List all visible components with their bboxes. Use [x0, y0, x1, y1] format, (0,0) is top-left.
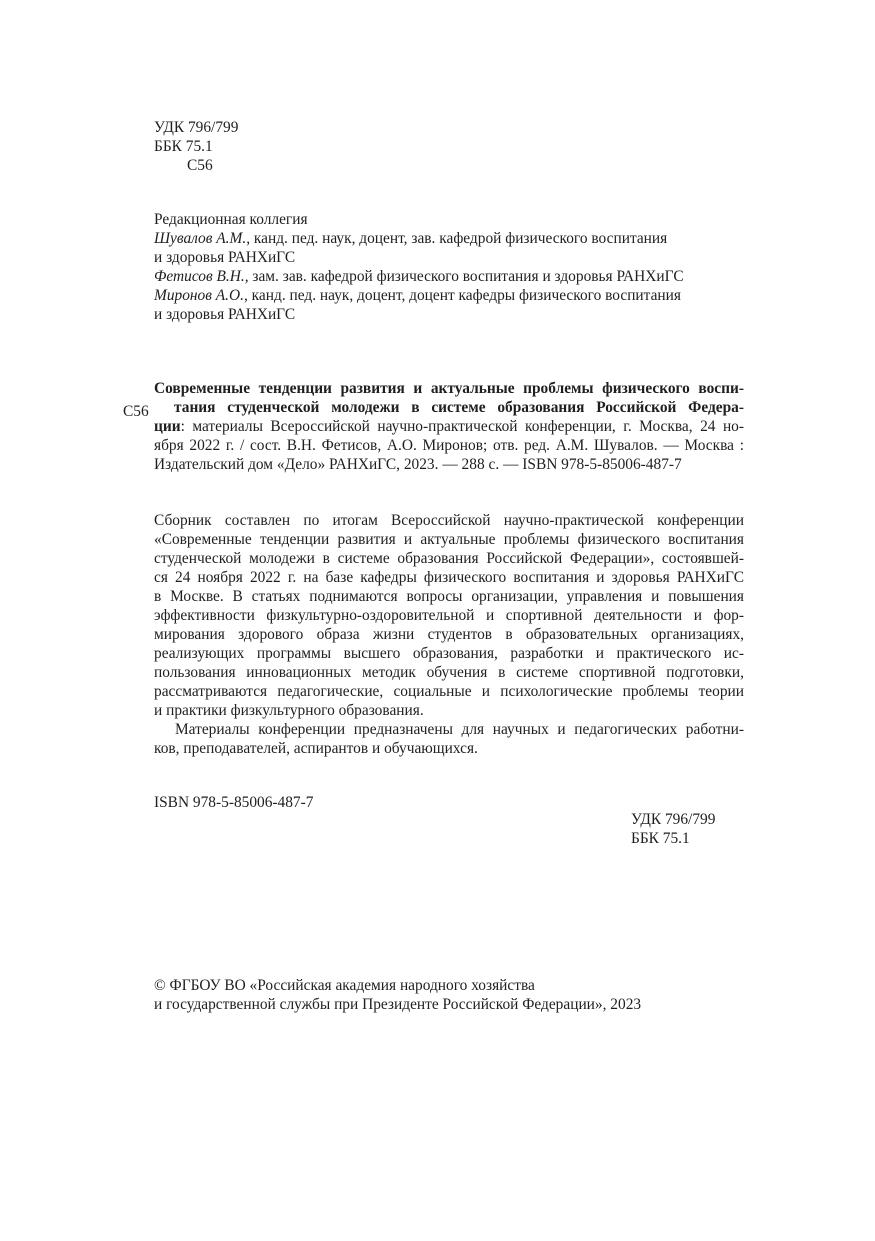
classification-codes-top: УДК 796/799 ББК 75.1 С56 [154, 118, 238, 175]
abstract-line: Материалы конференции предназначены для … [154, 720, 744, 739]
board-member: Миронов А.О., канд. пед. наук, доцент, д… [154, 286, 714, 305]
abstract-line: рассматриваются педагогические, социальн… [154, 682, 744, 701]
abstract-line: Сборник составлен по итогам Всероссийско… [154, 511, 744, 530]
book-title-line: тания студенческой молодежи в системе об… [154, 398, 744, 417]
abstract-line: реализующих программы высшего образовани… [154, 644, 744, 663]
udk-code: УДК 796/799 [154, 118, 238, 137]
member-position: зам. зав. кафедрой физического воспитани… [249, 268, 684, 285]
book-title-end: ции [154, 418, 181, 435]
author-mark: С56 [154, 156, 238, 175]
board-member: Шувалов А.М., канд. пед. наук, доцент, з… [154, 229, 714, 248]
udk-code: УДК 796/799 [631, 810, 715, 829]
copyright-notice: © ФГБОУ ВО «Российская академия народног… [154, 976, 641, 1014]
bbk-code: ББК 75.1 [631, 829, 715, 848]
bbk-code: ББК 75.1 [154, 137, 238, 156]
board-member: Фетисов В.Н., зам. зав. кафедрой физичес… [154, 267, 714, 286]
member-name: Фетисов В.Н., [154, 268, 249, 285]
abstract-line: студенческой молодежи в системе образова… [154, 549, 744, 568]
biblio-line: ции: материалы Всероссийской научно-прак… [154, 417, 744, 436]
abstract-line: мирования здорового образа жизни студент… [154, 625, 744, 644]
member-name: Миронов А.О. [154, 287, 244, 304]
biblio-author-mark: С56 [123, 402, 149, 421]
abstract-line: в Москве. В статьях поднимаются вопросы … [154, 587, 744, 606]
editorial-board-heading: Редакционная коллегия [154, 210, 714, 229]
book-title-line: Современные тенденции развития и актуаль… [154, 379, 744, 398]
editorial-board: Редакционная коллегия Шувалов А.М., канд… [154, 210, 714, 324]
bibliographic-entry: Современные тенденции развития и актуаль… [154, 379, 744, 474]
copyright-line: и государственной службы при Президенте … [154, 995, 641, 1014]
abstract: Сборник составлен по итогам Всероссийско… [154, 511, 744, 758]
member-position-cont: и здоровья РАНХиГС [154, 248, 714, 267]
abstract-line: ков, преподавателей, аспирантов и обучаю… [154, 739, 744, 758]
copyright-line: © ФГБОУ ВО «Российская академия народног… [154, 976, 641, 995]
classification-codes-bottom: УДК 796/799 ББК 75.1 [631, 810, 715, 848]
imprint-page: УДК 796/799 ББК 75.1 С56 Редакционная ко… [0, 0, 875, 1241]
member-position-cont: и здоровья РАНХиГС [154, 305, 714, 324]
biblio-line: ября 2022 г. / сост. В.Н. Фетисов, А.О. … [154, 436, 744, 455]
member-position: канд. пед. наук, доцент, зав. кафедрой ф… [250, 230, 667, 247]
biblio-line: Издательский дом «Дело» РАНХиГС, 2023. —… [154, 455, 744, 474]
abstract-line: пользования инновационных методик обучен… [154, 663, 744, 682]
isbn: ISBN 978-5-85006-487-7 [154, 793, 313, 812]
abstract-line: ся 24 ноября 2022 г. на базе кафедры физ… [154, 568, 744, 587]
member-name: Шувалов А.М., [154, 230, 250, 247]
biblio-details: : материалы Всероссийской научно-практич… [181, 418, 744, 435]
abstract-line: и практики физкультурного образования. [154, 701, 744, 720]
abstract-line: эффективности физкультурно-оздоровительн… [154, 606, 744, 625]
member-position: , канд. пед. наук, доцент, доцент кафедр… [244, 287, 681, 304]
abstract-line: «Современные тенденции развития и актуал… [154, 530, 744, 549]
